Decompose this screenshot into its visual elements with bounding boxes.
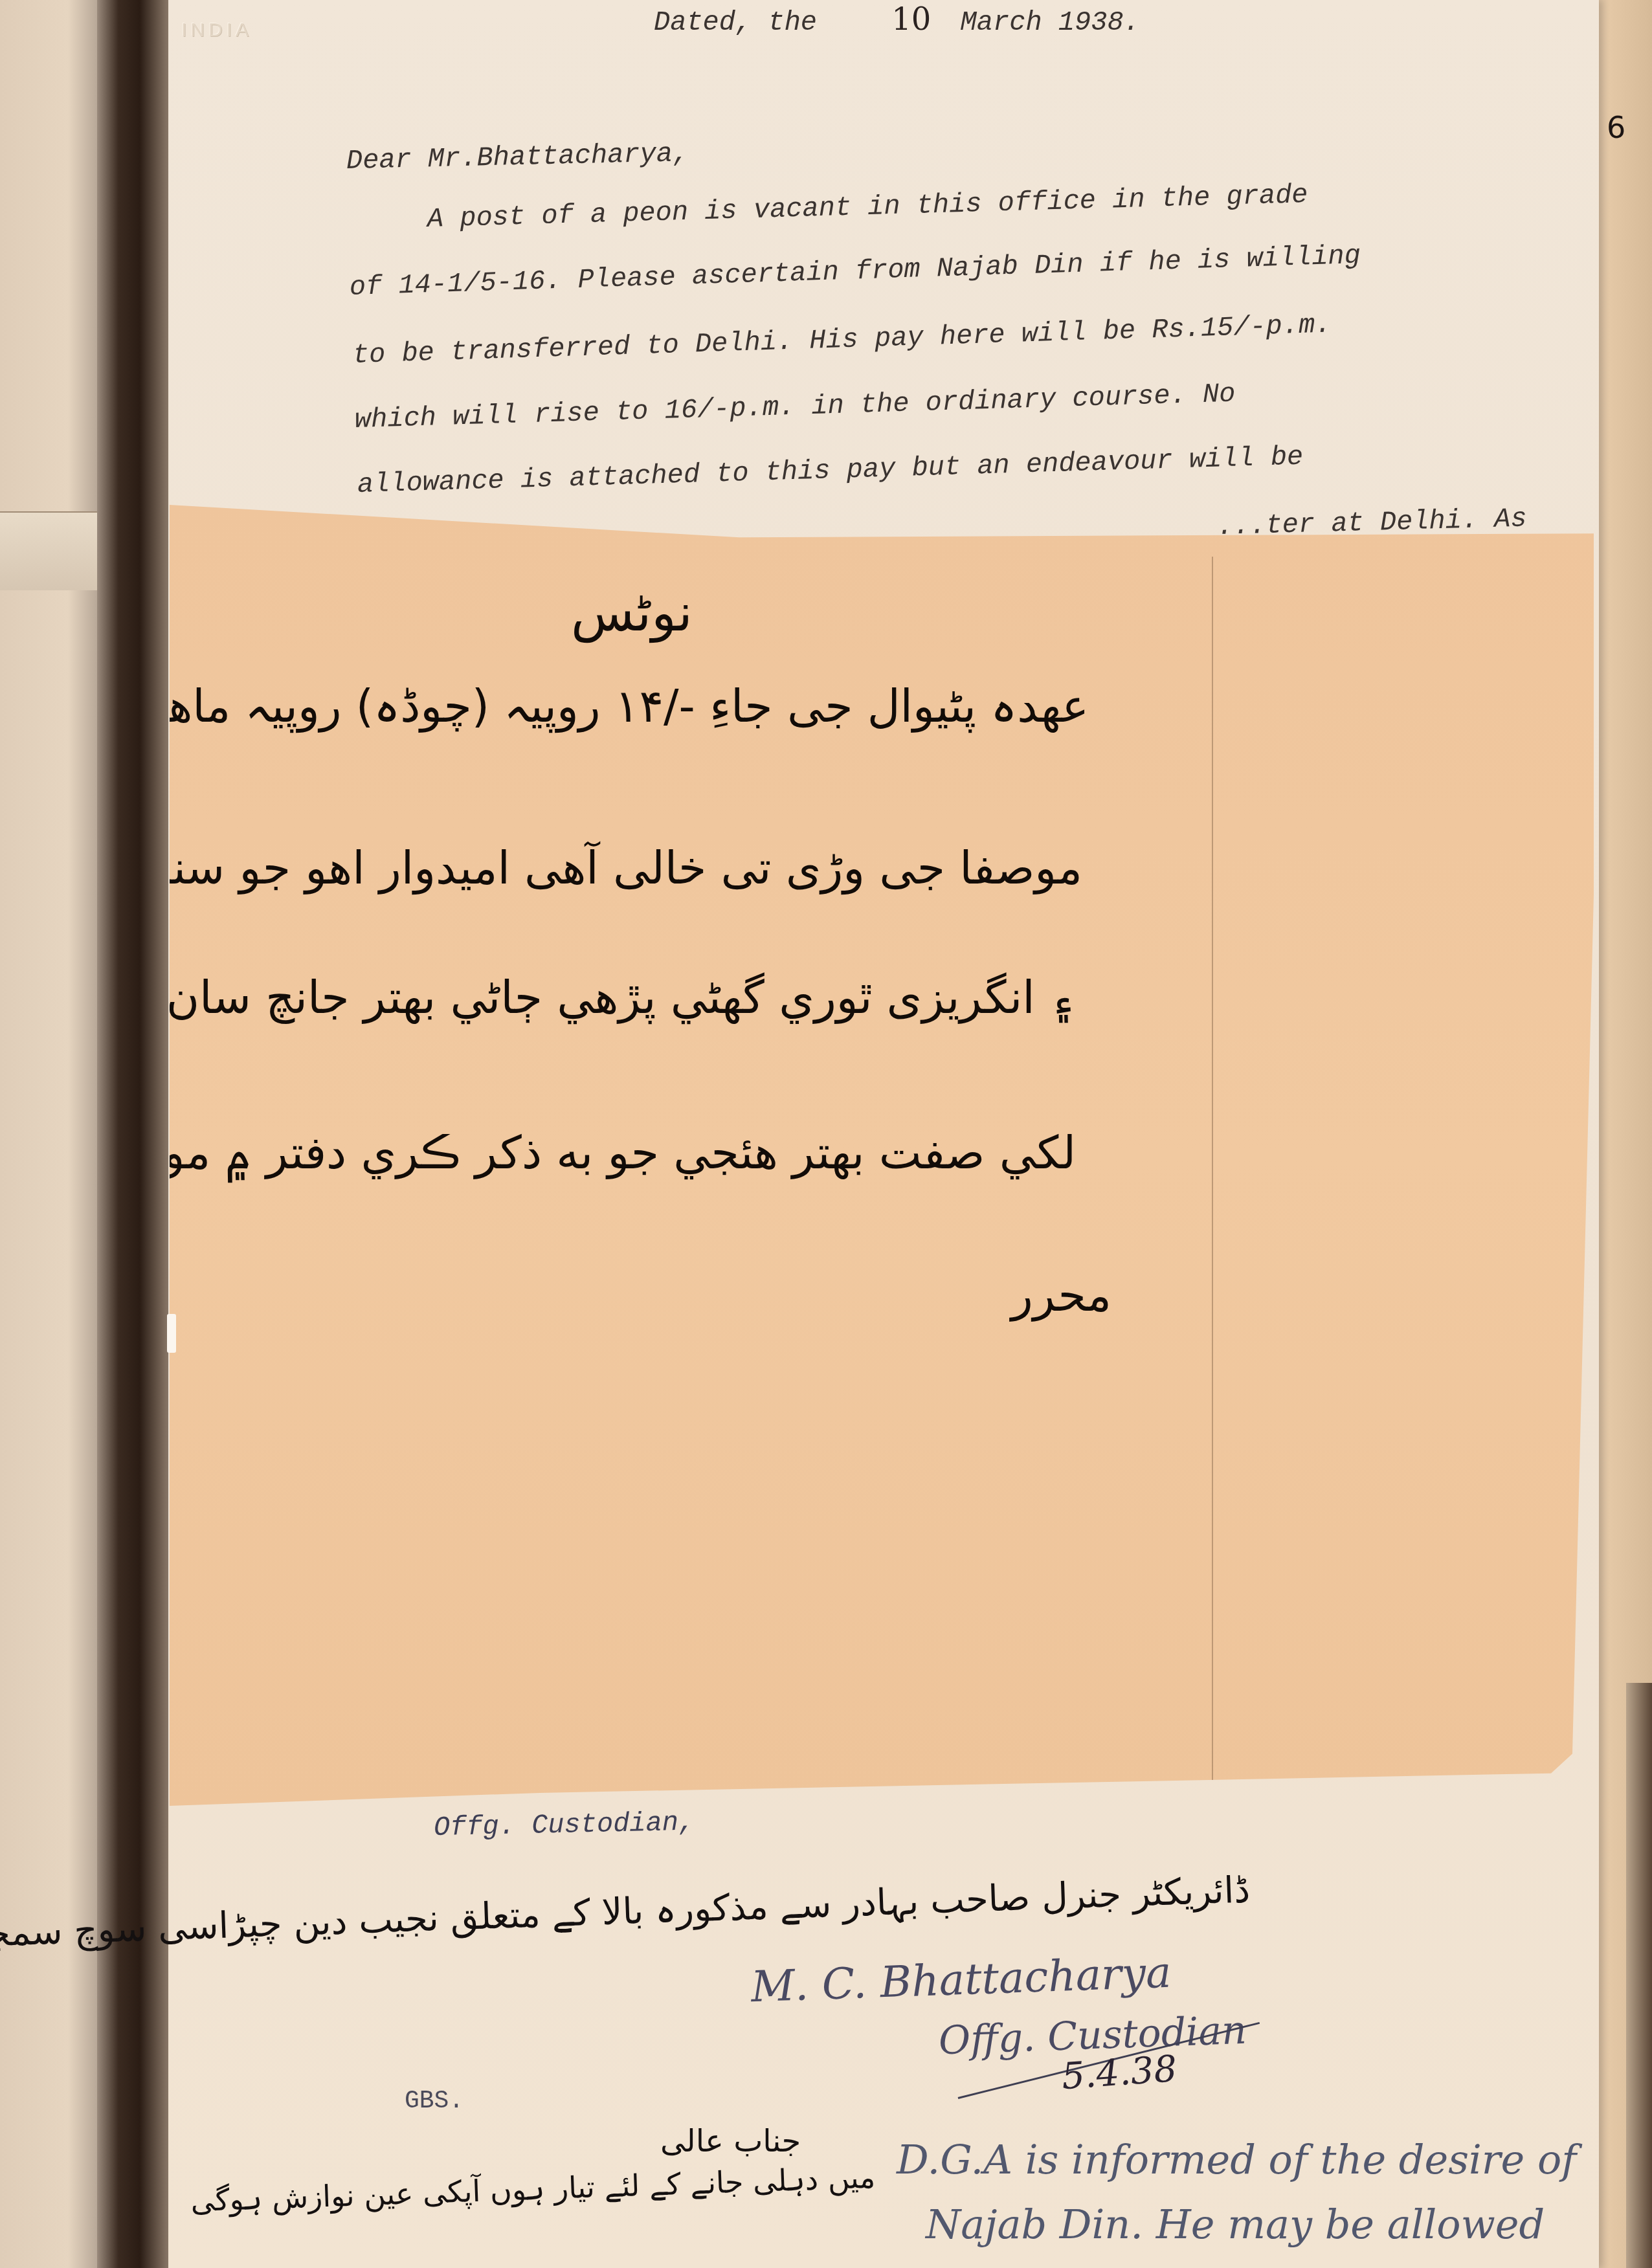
- typist-initials: GBS.: [405, 2087, 463, 2115]
- signature-date: 5.4.38: [1060, 2048, 1178, 2098]
- paper-tear: [167, 1314, 176, 1353]
- urdu-notice-slip: نوٹس عهدہ پٹیوال جی جاءِ -/۱۴ روپیہ (چوڈ…: [170, 505, 1594, 1806]
- typed-signature-partial: Offg. Custodian,: [433, 1807, 695, 1843]
- date-day-handwritten: 10: [891, 1, 931, 38]
- slip-line-4: لکي صفت بهتر هئجي جو به ذکر ڪري دفتر ۾ م…: [71, 1126, 1076, 1179]
- slip-line-1: عهدہ پٹیوال جی جاءِ -/۱۴ روپیہ (چوڈہ) رو…: [111, 680, 1089, 733]
- english-note-line-2: Najab Din. He may be allowed: [926, 2201, 1545, 2248]
- urdu-reply-heading: جناب عالی: [660, 2123, 801, 2159]
- slip-signoff: محرر: [1011, 1269, 1111, 1322]
- embossed-emblem: INDIA: [181, 0, 291, 65]
- page-margin-number: 6: [1607, 110, 1625, 145]
- english-note-line-1: D.G.A is informed of the desire of: [897, 2136, 1576, 2183]
- date-month-year: March 1938.: [961, 7, 1140, 38]
- page-edge-shadow: [1626, 1683, 1652, 2268]
- date-prefix: Dated, the: [654, 7, 817, 38]
- slip-title: نوٹس: [571, 583, 693, 643]
- slip-line-3: ۽ انگریزی ٿوري گهڻي پڙهي ڄاڻي بهتر جانچ …: [166, 971, 1076, 1024]
- date-line: Dated, the 10 March 1938.: [654, 1, 1140, 38]
- slip-vertical-rule: [1212, 557, 1213, 1786]
